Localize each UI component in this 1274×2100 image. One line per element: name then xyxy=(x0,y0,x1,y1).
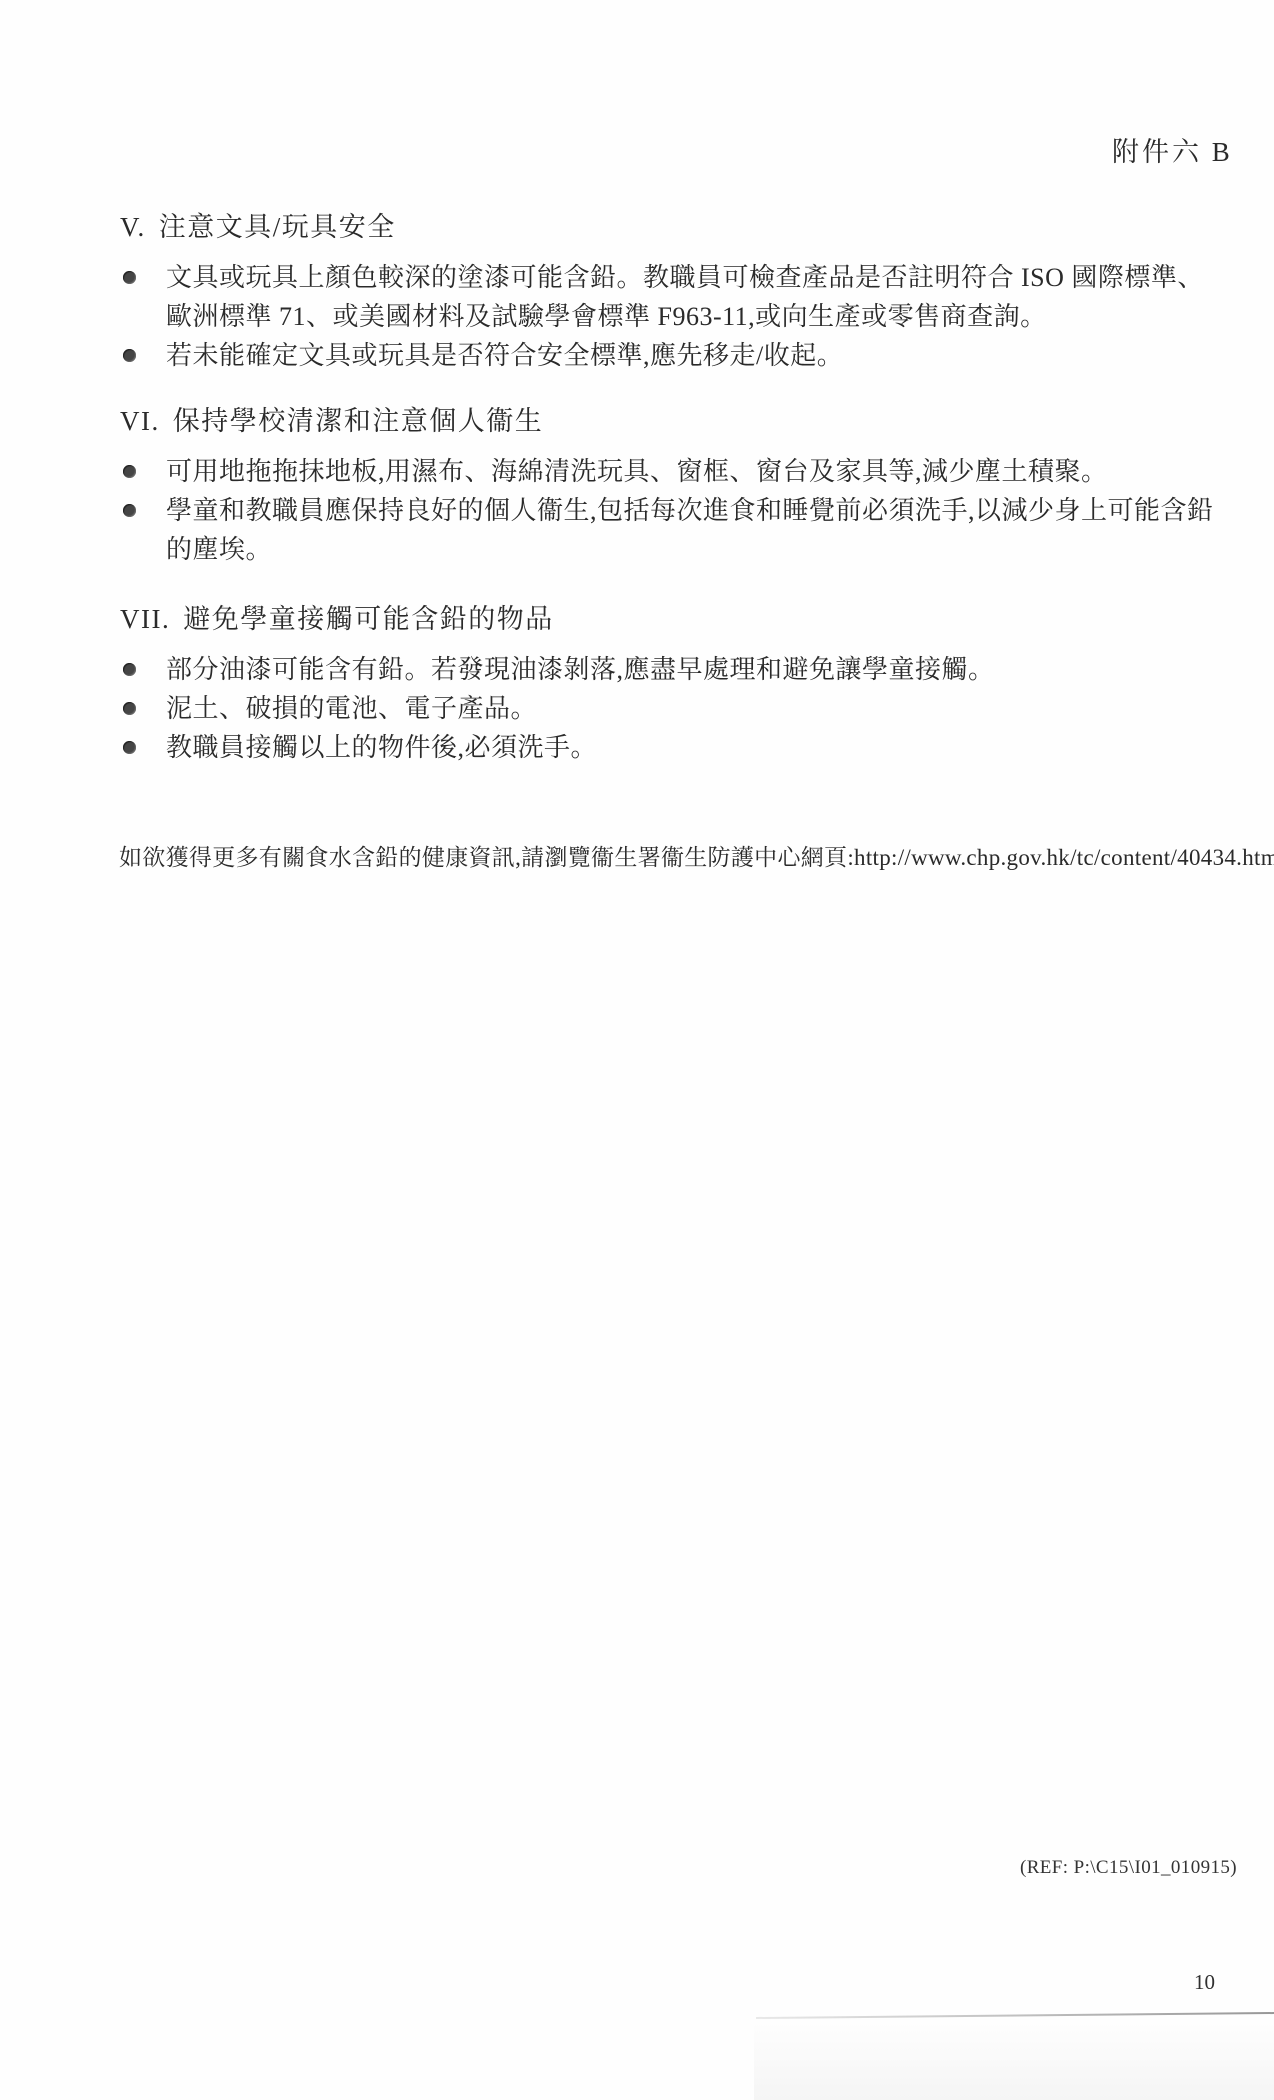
scan-artifact-shade xyxy=(754,2020,1274,2100)
bullet-list: 部分油漆可能含有鉛。若發現油漆剝落,應盡早處理和避免讓學童接觸。 泥土、破損的電… xyxy=(120,650,1226,767)
bullet-item: 文具或玩具上顏色較深的塗漆可能含鉛。教職員可檢查產品是否註明符合 ISO 國際標… xyxy=(120,258,1226,336)
bullet-list: 可用地拖拖抹地板,用濕布、海綿清洗玩具、窗框、窗台及家具等,減少塵土積聚。 學童… xyxy=(120,452,1226,569)
bullet-item: 可用地拖拖抹地板,用濕布、海綿清洗玩具、窗框、窗台及家具等,減少塵土積聚。 xyxy=(120,452,1226,491)
bullet-text: 教職員接觸以上的物件後,必須洗手。 xyxy=(166,733,597,762)
bullet-text: 泥土、破損的電池、電子產品。 xyxy=(166,694,537,723)
page-number: 10 xyxy=(1194,1970,1215,1995)
bullet-item: 部分油漆可能含有鉛。若發現油漆剝落,應盡早處理和避免讓學童接觸。 xyxy=(120,650,1226,689)
section-title: 保持學校清潔和注意個人衞生 xyxy=(173,406,544,436)
bullet-item: 學童和教職員應保持良好的個人衞生,包括每次進食和睡覺前必須洗手,以減少身上可能含… xyxy=(120,491,1226,569)
scan-artifact-line xyxy=(756,2012,1274,2019)
section-heading: VI.保持學校清潔和注意個人衞生 xyxy=(120,400,1226,442)
document-section: V.注意文具/玩具安全 文具或玩具上顏色較深的塗漆可能含鉛。教職員可檢查產品是否… xyxy=(120,206,1226,375)
section-numeral: VI. xyxy=(120,406,160,436)
bullet-circle-icon xyxy=(123,465,136,478)
bullet-circle-icon xyxy=(123,702,136,715)
section-title: 注意文具/玩具安全 xyxy=(159,212,396,242)
section-title: 避免學童接觸可能含鉛的物品 xyxy=(183,604,554,634)
section-heading: V.注意文具/玩具安全 xyxy=(120,206,1226,248)
footer-url: http://www.chp.gov.hk/tc/content/40434.h… xyxy=(854,845,1274,870)
bullet-circle-icon xyxy=(123,349,136,362)
bullet-text: 文具或玩具上顏色較深的塗漆可能含鉛。教職員可檢查產品是否註明符合 ISO 國際標… xyxy=(166,263,1204,331)
bullet-text: 部分油漆可能含有鉛。若發現油漆剝落,應盡早處理和避免讓學童接觸。 xyxy=(166,655,995,684)
bullet-item: 泥土、破損的電池、電子產品。 xyxy=(120,689,1226,728)
bullet-circle-icon xyxy=(123,741,136,754)
bullet-text: 可用地拖拖抹地板,用濕布、海綿清洗玩具、窗框、窗台及家具等,減少塵土積聚。 xyxy=(166,457,1108,486)
document-section: VII.避免學童接觸可能含鉛的物品 部分油漆可能含有鉛。若發現油漆剝落,應盡早處… xyxy=(120,598,1226,767)
bullet-text: 若未能確定文具或玩具是否符合安全標準,應先移走/收起。 xyxy=(166,341,843,370)
document-section: VI.保持學校清潔和注意個人衞生 可用地拖拖抹地板,用濕布、海綿清洗玩具、窗框、… xyxy=(120,400,1226,569)
section-heading: VII.避免學童接觸可能含鉛的物品 xyxy=(120,598,1226,640)
bullet-list: 文具或玩具上顏色較深的塗漆可能含鉛。教職員可檢查產品是否註明符合 ISO 國際標… xyxy=(120,258,1226,375)
annex-label: 附件六 B xyxy=(1112,130,1233,169)
section-numeral: VII. xyxy=(120,604,170,634)
section-numeral: V. xyxy=(120,212,146,242)
bullet-item: 若未能確定文具或玩具是否符合安全標準,應先移走/收起。 xyxy=(120,336,1226,375)
bullet-circle-icon xyxy=(123,504,136,517)
bullet-circle-icon xyxy=(123,271,136,284)
bullet-text: 學童和教職員應保持良好的個人衞生,包括每次進食和睡覺前必須洗手,以減少身上可能含… xyxy=(166,496,1214,564)
document-page: 附件六 B V.注意文具/玩具安全 文具或玩具上顏色較深的塗漆可能含鉛。教職員可… xyxy=(0,0,1274,2100)
bullet-circle-icon xyxy=(123,663,136,676)
bullet-item: 教職員接觸以上的物件後,必須洗手。 xyxy=(120,728,1226,767)
ref-code: (REF: P:\C15\I01_010915) xyxy=(1020,1857,1237,1879)
footer-note: 如欲獲得更多有關食水含鉛的健康資訊,請瀏覽衞生署衞生防護中心網頁:http://… xyxy=(119,839,1274,872)
footer-text: 如欲獲得更多有關食水含鉛的健康資訊,請瀏覽衞生署衞生防護中心網頁: xyxy=(119,845,854,870)
